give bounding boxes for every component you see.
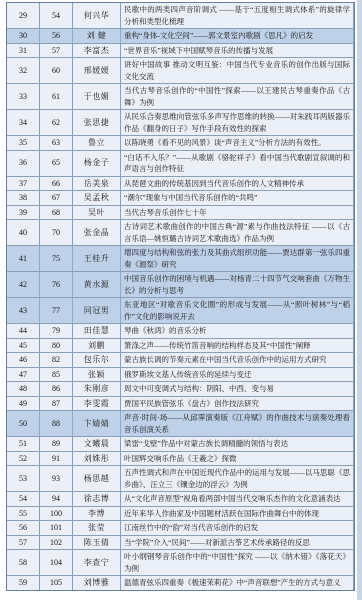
num-cell: 76 <box>40 272 73 297</box>
title-cell: 当“学院”介入“民间”——对新派古筝艺术传承路径的反思 <box>121 536 354 550</box>
num-cell: 85 <box>40 368 73 382</box>
seq-cell: 40 <box>7 220 40 245</box>
name-cell: 黄水源 <box>73 272 121 297</box>
title-cell: 梁雷“戈壁”作品中对蒙古族长调精髓的领悟与表达 <box>121 437 354 451</box>
num-cell: 82 <box>40 353 73 367</box>
table-row: 49 87 李雯霞 贾国平民族管弦乐《盘古》创作技法研究 <box>7 397 354 412</box>
table-row: 34 62 张思捷 从民乐合奏思维向管弦乐多声写作思维的转换——对朱践耳两版器乐… <box>7 110 354 136</box>
num-cell: 87 <box>40 397 73 411</box>
table-row: 45 80 刘鹏 箫涤之声——传统竹笛音响的结构样态及其“中国性”阐释 <box>7 339 354 354</box>
title-cell: 温德青弦乐四重奏《极速茉莉花》中“声音联想”产生的方式与意义 <box>121 576 354 590</box>
title-cell: 从琵琶文曲的传统基因到当代音乐创作的人文精神传承 <box>121 177 354 191</box>
seq-cell: 51 <box>7 437 40 451</box>
name-cell: 张莹 <box>73 521 121 535</box>
seq-cell: 45 <box>7 339 40 353</box>
seq-cell: 38 <box>7 191 40 205</box>
title-cell: “白话不入乐？”——从歌剧《骆驼祥子》看中国当代歌剧宣叙调的和声语言与创作特征 <box>121 151 354 176</box>
table-row: 32 60 邢媛媛 讲好中国故事 推动文明互鉴：中国当代专业音乐的创作出版与国际… <box>7 58 354 84</box>
name-cell: 田佳慧 <box>73 324 121 338</box>
num-cell: 100 <box>40 507 73 521</box>
title-cell: 重构“身体-文化空间”——郭文景室内歌剧《思凡》的启发 <box>121 29 354 43</box>
name-cell: 徐志博 <box>73 492 121 506</box>
num-cell: 80 <box>40 339 73 353</box>
seq-cell: 58 <box>7 550 40 575</box>
seq-cell: 54 <box>7 492 40 506</box>
name-cell: 李查宁 <box>73 550 121 575</box>
name-cell: 张颖 <box>73 368 121 382</box>
seq-cell: 42 <box>7 272 40 297</box>
name-cell: 刘 健 <box>73 29 121 43</box>
name-cell: 同冠男 <box>73 298 121 323</box>
table-row: 37 66 岳美泉 从琵琶文曲的传统基因到当代音乐创作的人文精神传承 <box>7 177 354 192</box>
name-cell: 邢媛媛 <box>73 58 121 83</box>
title-cell: 叶小纲钢琴音乐创作中的“中国性”探究 ——以《纳木错》《落花天》为例 <box>121 550 354 575</box>
title-cell: 从“文化声音原型”视角看两部中国当代交响乐杰作的文化意涵表达 <box>121 492 354 506</box>
num-cell: 67 <box>40 191 73 205</box>
num-cell: 66 <box>40 177 73 191</box>
title-cell: 箫涤之声——传统竹笛音响的结构样态及其“中国性”阐释 <box>121 339 354 353</box>
num-cell: 104 <box>40 550 73 575</box>
table-row: 54 94 徐志博 从“文化声音原型”视角看两部中国当代交响乐杰作的文化意涵表达 <box>7 492 354 507</box>
seq-cell: 57 <box>7 536 40 550</box>
seq-cell: 46 <box>7 353 40 367</box>
table-row: 51 89 文曦晨 梁雷“戈壁”作品中对蒙古族长调精髓的领悟与表达 <box>7 437 354 452</box>
title-cell: 五声性调式和声在中国近现代作品中的运用与发展——以马思聪《思乡曲》、汪立三《镶金… <box>121 466 354 491</box>
title-cell: 当代古琴音乐创作七十年 <box>121 206 354 220</box>
seq-cell: 36 <box>7 151 40 176</box>
title-cell: 江南丝竹中的“韵”对当代音乐创作的启发 <box>121 521 354 535</box>
title-cell: 从民乐合奏思维向管弦乐多声写作思维的转换——对朱践耳两版器乐作品《翻身的日子》写… <box>121 110 354 135</box>
seq-cell: 55 <box>7 507 40 521</box>
table-row: 55 100 李博 近年来华人作曲家及中国题材活跃在国际作曲舞台中的体现 <box>7 507 354 522</box>
name-cell: 何兴华 <box>73 3 121 28</box>
table-row: 33 61 于也媚 当代古琴音乐创作的“中国性”探索——以王建民古琴重奏作品《古… <box>7 84 354 110</box>
title-cell: 增四度与结构和弦的张力及其曲式组织功能——贾达群第一弦乐四重奏《源祭》研究 <box>121 246 354 271</box>
title-cell: “世界音乐”视域下中国赋琴音乐的传播与发展 <box>121 44 354 58</box>
table-row: 48 86 朱刚彦 周文中可变调式与结构：阴阳、中西、变与易 <box>7 382 354 397</box>
seq-cell: 44 <box>7 324 40 338</box>
title-cell: 中国音乐创作的困境与机遇——对杨青二十四节气交响套曲《万物生长》的分析与思考 <box>121 272 354 297</box>
num-cell: 54 <box>40 3 73 28</box>
name-cell: 卞婧婧 <box>73 411 121 436</box>
table-row: 29 54 何兴华 民歌中的两类四声音阶调式 ——基于“五度相生调式体系”的旋律… <box>7 3 354 29</box>
num-cell: 101 <box>40 521 73 535</box>
table-row: 30 56 刘 健 重构“身体-文化空间”——郭文景室内歌剧《思凡》的启发 <box>7 29 354 44</box>
seq-cell: 35 <box>7 136 40 150</box>
title-cell: 声音·时间·场——从邱霁演奏版《江舟赋》的作曲技术与演奏处理看音乐创演关系 <box>121 411 354 436</box>
num-cell: 91 <box>40 452 73 466</box>
title-cell: 琴曲《秋鸿》的音乐分析 <box>121 324 354 338</box>
seq-cell: 56 <box>7 521 40 535</box>
num-cell: 88 <box>40 411 73 436</box>
seq-cell: 39 <box>7 206 40 220</box>
name-cell: 王桂升 <box>73 246 121 271</box>
table-row: 42 76 黄水源 中国音乐创作的困境与机遇——对杨青二十四节气交响套曲《万物生… <box>7 272 354 298</box>
table-row: 36 65 杨金子 “白话不入乐？”——从歌剧《骆驼祥子》看中国当代歌剧宣叙调的… <box>7 151 354 177</box>
num-cell: 89 <box>40 437 73 451</box>
num-cell: 102 <box>40 536 73 550</box>
table-row: 39 68 吴叶 当代古琴音乐创作七十年 <box>7 206 354 221</box>
num-cell: 61 <box>40 84 73 109</box>
seq-cell: 52 <box>7 452 40 466</box>
name-cell: 张金晶 <box>73 220 121 245</box>
name-cell: 杨思越 <box>73 466 121 491</box>
name-cell: 李富杰 <box>73 44 121 58</box>
table-row: 59 105 刘博雅 温德青弦乐四重奏《极速茉莉花》中“声音联想”产生的方式与意… <box>7 576 354 590</box>
name-cell: 李雯霞 <box>73 397 121 411</box>
title-cell: 古诗词艺术歌曲创作的中国古典“源”素与作曲技法特征 ——以《古言乐语—姚恒璐古诗… <box>121 220 354 245</box>
name-cell: 岳美泉 <box>73 177 121 191</box>
name-cell: 鲁立 <box>73 136 121 150</box>
title-cell: 当代古琴音乐创作的“中国性”探索——以王建民古琴重奏作品《古舞》为例 <box>121 84 354 109</box>
table-row: 57 102 陈玉倩 当“学院”介入“民间”——对新派古筝艺术传承路径的反思 <box>7 536 354 551</box>
title-cell: 俄罗斯埃文基人传统音乐的延续与变迁 <box>121 368 354 382</box>
seq-cell: 41 <box>7 246 40 271</box>
name-cell: 吴孟秋 <box>73 191 121 205</box>
seq-cell: 49 <box>7 397 40 411</box>
papers-table: 29 54 何兴华 民歌中的两类四声音阶调式 ——基于“五度相生调式体系”的旋律… <box>6 2 355 591</box>
table-row: 40 70 张金晶 古诗词艺术歌曲创作的中国古典“源”素与作曲技法特征 ——以《… <box>7 220 354 246</box>
title-cell: 民歌中的两类四声音阶调式 ——基于“五度相生调式体系”的旋律学分析和类型化梳理 <box>121 3 354 28</box>
table-row: 46 82 包乐尔 蒙古族长调的节奏元素在中国当代音乐创作中的运用方式研究 <box>7 353 354 368</box>
num-cell: 60 <box>40 58 73 83</box>
table-row: 44 79 田佳慧 琴曲《秋鸿》的音乐分析 <box>7 324 354 339</box>
seq-cell: 34 <box>7 110 40 135</box>
seq-cell: 48 <box>7 382 40 396</box>
name-cell: 杨金子 <box>73 151 121 176</box>
num-cell: 86 <box>40 382 73 396</box>
seq-cell: 43 <box>7 298 40 323</box>
table-row: 43 77 同冠男 东亚地区“对歌音乐文化圈”的形成与发展——从“照叶树林”与“… <box>7 298 354 324</box>
num-cell: 65 <box>40 151 73 176</box>
num-cell: 105 <box>40 576 73 590</box>
name-cell: 朱刚彦 <box>73 382 121 396</box>
title-cell: 周文中可变调式与结构：阴阳、中西、变与易 <box>121 382 354 396</box>
title-cell: “潮尔”现象与中国当代音乐创作的“共鸣” <box>121 191 354 205</box>
num-cell: 75 <box>40 246 73 271</box>
title-cell: 叶国辉交响乐作品《王羲之》探微 <box>121 452 354 466</box>
num-cell: 63 <box>40 136 73 150</box>
seq-cell: 59 <box>7 576 40 590</box>
seq-cell: 31 <box>7 44 40 58</box>
table-row: 38 67 吴孟秋 “潮尔”现象与中国当代音乐创作的“共鸣” <box>7 191 354 206</box>
seq-cell: 50 <box>7 411 40 436</box>
num-cell: 57 <box>40 44 73 58</box>
page-edge-band <box>357 0 362 600</box>
table-row: 31 57 李富杰 “世界音乐”视域下中国赋琴音乐的传播与发展 <box>7 44 354 59</box>
name-cell: 文曦晨 <box>73 437 121 451</box>
table-row: 56 101 张莹 江南丝竹中的“韵”对当代音乐创作的启发 <box>7 521 354 536</box>
seq-cell: 37 <box>7 177 40 191</box>
title-cell: 近年来华人作曲家及中国题材活跃在国际作曲舞台中的体现 <box>121 507 354 521</box>
num-cell: 62 <box>40 110 73 135</box>
name-cell: 刘姝彤 <box>73 452 121 466</box>
name-cell: 刘鹏 <box>73 339 121 353</box>
num-cell: 68 <box>40 206 73 220</box>
num-cell: 56 <box>40 29 73 43</box>
table-row: 58 104 李查宁 叶小纲钢琴音乐创作中的“中国性”探究 ——以《纳木错》《落… <box>7 550 354 576</box>
seq-cell: 32 <box>7 58 40 83</box>
name-cell: 张思捷 <box>73 110 121 135</box>
title-cell: 讲好中国故事 推动文明互鉴：中国当代专业音乐的创作出版与国际文化交流 <box>121 58 354 83</box>
seq-cell: 33 <box>7 84 40 109</box>
title-cell: 东亚地区“对歌音乐文化圈”的形成与发展——从“照叶树林”与“稻作”文化的影响说开… <box>121 298 354 323</box>
seq-cell: 53 <box>7 466 40 491</box>
table-row: 35 63 鲁立 以陈晓勇《看不见的风景》谈“声音主义”分析方法的有效性。 <box>7 136 354 151</box>
name-cell: 陈玉倩 <box>73 536 121 550</box>
num-cell: 70 <box>40 220 73 245</box>
name-cell: 李博 <box>73 507 121 521</box>
table-row: 41 75 王桂升 增四度与结构和弦的张力及其曲式组织功能——贾达群第一弦乐四重… <box>7 246 354 272</box>
name-cell: 刘博雅 <box>73 576 121 590</box>
num-cell: 93 <box>40 466 73 491</box>
seq-cell: 29 <box>7 3 40 28</box>
table-row: 53 93 杨思越 五声性调式和声在中国近现代作品中的运用与发展——以马思聪《思… <box>7 466 354 492</box>
num-cell: 77 <box>40 298 73 323</box>
table-row: 50 88 卞婧婧 声音·时间·场——从邱霁演奏版《江舟赋》的作曲技术与演奏处理… <box>7 411 354 437</box>
seq-cell: 47 <box>7 368 40 382</box>
name-cell: 于也媚 <box>73 84 121 109</box>
name-cell: 包乐尔 <box>73 353 121 367</box>
title-cell: 以陈晓勇《看不见的风景》谈“声音主义”分析方法的有效性。 <box>121 136 354 150</box>
num-cell: 79 <box>40 324 73 338</box>
table-row: 52 91 刘姝彤 叶国辉交响乐作品《王羲之》探微 <box>7 452 354 467</box>
title-cell: 贾国平民族管弦乐《盘古》创作技法研究 <box>121 397 354 411</box>
num-cell: 94 <box>40 492 73 506</box>
name-cell: 吴叶 <box>73 206 121 220</box>
seq-cell: 30 <box>7 29 40 43</box>
table-row: 47 85 张颖 俄罗斯埃文基人传统音乐的延续与变迁 <box>7 368 354 383</box>
title-cell: 蒙古族长调的节奏元素在中国当代音乐创作中的运用方式研究 <box>121 353 354 367</box>
